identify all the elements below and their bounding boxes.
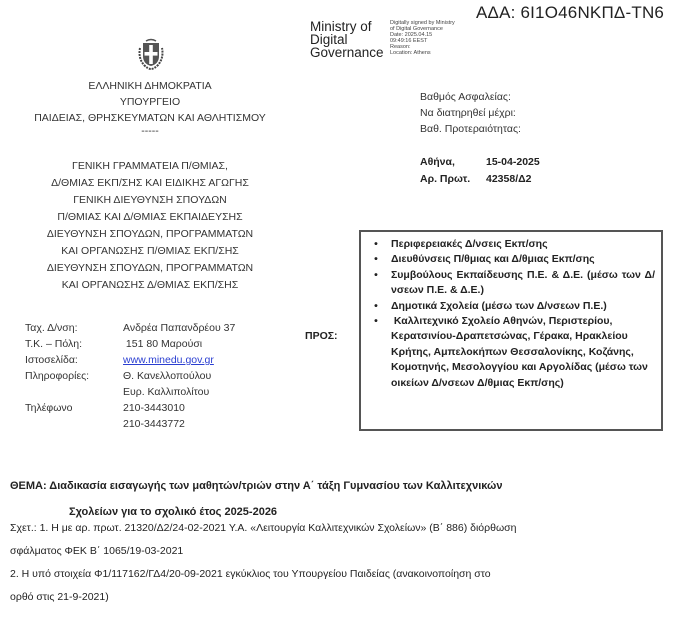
contact-value: 210-3443010 (123, 400, 185, 416)
classification-block: Βαθμός Ασφαλείας: Να διατηρηθεί μέχρι: Β… (420, 89, 521, 137)
recipient-item: • Συμβούλους Εκπαίδευσης Π.Ε. & Δ.Ε. (μέ… (361, 268, 655, 299)
place-label: Αθήνα, (420, 154, 486, 171)
header-separator: ----- (0, 126, 300, 136)
department-line: ΔΙΕΥΘΥΝΣΗ ΣΠΟΥΔΩΝ, ΠΡΟΓΡΑΜΜΑΤΩΝ (0, 260, 300, 277)
bullet-icon: • (361, 237, 391, 252)
contact-row-postcode: Τ.Κ. – Πόλη: 151 80 Μαρούσι (25, 336, 235, 352)
reference-line: ορθό στις 21-9-2021) (10, 586, 680, 609)
department-line: ΓΕΝΙΚΗ ΔΙΕΥΘΥΝΣΗ ΣΠΟΥΔΩΝ (0, 192, 300, 209)
references-block: Σχετ.: 1. Η με αρ. πρωτ. 21320/Δ2/24-02-… (10, 517, 680, 609)
contact-label: Τηλέφωνο (25, 400, 123, 416)
department-line: ΚΑΙ ΟΡΓΑΝΩΣΗΣ Π/ΘΜΙΑΣ ΕΚΠ/ΣΗΣ (0, 243, 300, 260)
greek-coat-of-arms-icon (136, 38, 166, 71)
website-link[interactable]: www.minedu.gov.gr (123, 352, 214, 368)
header-line: ΥΠΟΥΡΓΕΙΟ (0, 94, 300, 110)
department-header: ΓΕΝΙΚΗ ΓΡΑΜΜΑΤΕΙΑ Π/ΘΜΙΑΣ, Δ/ΘΜΙΑΣ ΕΚΠ/Σ… (0, 158, 300, 294)
contact-block: Ταχ. Δ/νση: Ανδρέα Παπανδρέου 37 Τ.Κ. – … (25, 320, 235, 432)
contact-row-phone: Τηλέφωνο 210-3443010 (25, 400, 235, 416)
contact-label: Πληροφορίες: (25, 368, 123, 384)
contact-row-info-2: Ευρ. Καλλιπολίτου (25, 384, 235, 400)
header-line: ΕΛΛΗΝΙΚΗ ΔΗΜΟΚΡΑΤΙΑ (0, 78, 300, 94)
contact-label: Τ.Κ. – Πόλη: (25, 336, 123, 352)
contact-row-website: Ιστοσελίδα: www.minedu.gov.gr (25, 352, 235, 368)
recipient-item: • Δημοτικά Σχολεία (μέσω των Δ/νσεων Π.Ε… (361, 299, 655, 314)
subject-line: ΘΕΜΑ: Διαδικασία εισαγωγής των μαθητών/τ… (10, 473, 502, 499)
signature-detail-line: Location: Athens (390, 50, 455, 56)
contact-value: Ευρ. Καλλιπολίτου (123, 384, 209, 400)
contact-row-phone-2: 210-3443772 (25, 416, 235, 432)
recipient-text: Περιφερειακές Δ/νσεις Εκπ/σης (391, 237, 655, 252)
ministry-header: ΕΛΛΗΝΙΚΗ ΔΗΜΟΚΡΑΤΙΑ ΥΠΟΥΡΓΕΙΟ ΠΑΙΔΕΙΑΣ, … (0, 78, 300, 136)
recipient-item: • Περιφερειακές Δ/νσεις Εκπ/σης (361, 237, 655, 252)
contact-row-info: Πληροφορίες: Θ. Κανελλοπούλου (25, 368, 235, 384)
contact-value: Ανδρέα Παπανδρέου 37 (123, 320, 235, 336)
recipients-label: ΠΡΟΣ: (305, 330, 338, 342)
contact-value: 210-3443772 (123, 416, 185, 432)
protocol-number: 42358/Δ2 (486, 171, 532, 188)
recipients-list: • Περιφερειακές Δ/νσεις Εκπ/σης • Διευθύ… (361, 232, 661, 391)
department-line: ΓΕΝΙΚΗ ΓΡΑΜΜΑΤΕΙΑ Π/ΘΜΙΑΣ, (0, 158, 300, 175)
department-line: ΔΙΕΥΘΥΝΣΗ ΣΠΟΥΔΩΝ, ΠΡΟΓΡΑΜΜΑΤΩΝ (0, 226, 300, 243)
recipient-item: • Διευθύνσεις Π/θμιας και Δ/θμιας Εκπ/ση… (361, 252, 655, 267)
recipients-box: • Περιφερειακές Δ/νσεις Εκπ/σης • Διευθύ… (359, 230, 663, 431)
contact-label: Ιστοσελίδα: (25, 352, 123, 368)
bullet-icon: • (361, 268, 391, 299)
protocol-row: Αρ. Πρωτ. 42358/Δ2 (420, 171, 540, 188)
retain-until-label: Να διατηρηθεί μέχρι: (420, 105, 521, 121)
contact-label (25, 384, 123, 400)
contact-row-address: Ταχ. Δ/νση: Ανδρέα Παπανδρέου 37 (25, 320, 235, 336)
contact-label: Ταχ. Δ/νση: (25, 320, 123, 336)
recipient-text: Δημοτικά Σχολεία (μέσω των Δ/νσεων Π.Ε.) (391, 299, 655, 314)
contact-value: 151 80 Μαρούσι (123, 336, 202, 352)
document-date: 15-04-2025 (486, 154, 540, 171)
recipient-text: Καλλιτεχνικό Σχολείο Αθηνών, Περιστερίου… (391, 314, 655, 391)
bullet-icon: • (361, 314, 391, 391)
contact-label (25, 416, 123, 432)
recipient-text: Συμβούλους Εκπαίδευσης Π.Ε. & Δ.Ε. (μέσω… (391, 268, 655, 299)
date-row: Αθήνα, 15-04-2025 (420, 154, 540, 171)
department-line: ΚΑΙ ΟΡΓΑΝΩΣΗΣ Δ/ΘΜΙΑΣ ΕΚΠ/ΣΗΣ (0, 277, 300, 294)
signature-details: Digitally signed by Ministry of Digital … (390, 20, 455, 56)
recipient-item: • Καλλιτεχνικό Σχολείο Αθηνών, Περιστερί… (361, 314, 655, 391)
signature-issuer: Ministry of Digital Governance (310, 20, 384, 59)
reference-line: 2. Η υπό στοιχεία Φ1/117162/ΓΔ4/20-09-20… (10, 563, 680, 586)
department-line: Δ/ΘΜΙΑΣ ΕΚΠ/ΣΗΣ ΚΑΙ ΕΙΔΙΚΗΣ ΑΓΩΓΗΣ (0, 175, 300, 192)
header-line: ΠΑΙΔΕΙΑΣ, ΘΡΗΣΚΕΥΜΑΤΩΝ ΚΑΙ ΑΘΛΗΤΙΣΜΟΥ (0, 110, 300, 126)
signature-issuer-line: Governance (310, 46, 384, 59)
bullet-icon: • (361, 299, 391, 314)
security-level-label: Βαθμός Ασφαλείας: (420, 89, 521, 105)
reference-line: Σχετ.: 1. Η με αρ. πρωτ. 21320/Δ2/24-02-… (10, 517, 680, 540)
date-protocol-block: Αθήνα, 15-04-2025 Αρ. Πρωτ. 42358/Δ2 (420, 154, 540, 188)
department-line: Π/ΘΜΙΑΣ ΚΑΙ Δ/ΘΜΙΑΣ ΕΚΠΑΙΔΕΥΣΗΣ (0, 209, 300, 226)
recipient-text: Διευθύνσεις Π/θμιας και Δ/θμιας Εκπ/σης (391, 252, 655, 267)
contact-value: Θ. Κανελλοπούλου (123, 368, 211, 384)
ada-code: ΑΔΑ: 6Ι1Ο46ΝΚΠΔ-ΤΝ6 (476, 3, 664, 23)
priority-label: Βαθ. Προτεραιότητας: (420, 121, 521, 137)
reference-line: σφάλματος ΦΕΚ Β΄ 1065/19-03-2021 (10, 540, 680, 563)
protocol-label: Αρ. Πρωτ. (420, 171, 486, 188)
bullet-icon: • (361, 252, 391, 267)
